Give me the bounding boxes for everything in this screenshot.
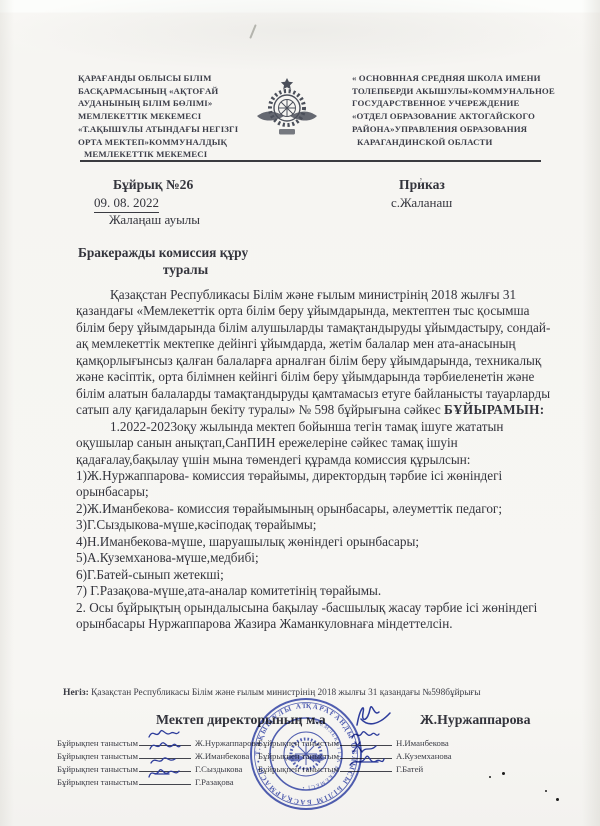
acknowledgement-left-column: Бұйрықпен таныстымЖ.Нуржаппарова Бұйрықп… [57, 736, 259, 788]
order-number-kk: Бұйрық №26 [113, 177, 193, 193]
commission-member: 4)Н.Иманбекова-мүше, шаруашылық жөніндег… [76, 534, 552, 550]
ink-speck [489, 776, 491, 778]
commission-member: 2)Ж.Иманбекова- комиссия төрайымының оры… [76, 501, 552, 517]
point-1: 1.2022-2023оқу жылында мектеп бойынша те… [76, 419, 552, 468]
basis-label: Негіз: [63, 687, 89, 698]
point-2: 2. Осы бұйрықтың орындалысына бақылау -б… [76, 600, 552, 633]
org-name-kazakh: ҚАРАҒАНДЫ ОБЛЫСЫ БІЛІМ БАСҚАРМАСЫНЫҢ «АҚ… [78, 72, 250, 161]
commission-member: 7) Г.Разақова-мүше,ата-аналар комитетіні… [76, 583, 552, 599]
order-place-kk: Жалаңаш ауылы [109, 212, 200, 228]
handwritten-signature-icon [147, 727, 181, 741]
director-name: Ж.Нуржаппарова [420, 712, 531, 728]
preamble-paragraph: Қазақстан Республикасы Білім және ғылым … [76, 287, 552, 419]
scanned-order-document: ҚАРАҒАНДЫ ОБЛЫСЫ БІЛІМ БАСҚАРМАСЫНЫҢ «АҚ… [0, 0, 600, 826]
resolve-word: БҰЙЫРАМЫН: [444, 402, 544, 417]
ink-speck [545, 790, 547, 792]
commission-member: 3)Г.Сыздыкова-мүше,кәсіподақ төрайымы; [76, 517, 552, 533]
handwritten-signature-icon [147, 740, 181, 754]
commission-member: 6)Г.Батей-сынып жетекші; [76, 567, 552, 583]
handwritten-signature-icon [147, 753, 181, 767]
handwritten-signature-icon [147, 766, 181, 780]
order-subject: Бракеражды комиссия құру туралы [78, 244, 328, 278]
commission-member: 5)А.Куземханова-мүше,медбибі; [76, 550, 552, 566]
stray-mark: ’ [419, 176, 423, 188]
order-date: 09. 08. 2022 [94, 195, 159, 213]
order-place-ru: с.Жаланаш [391, 195, 452, 211]
ink-speck [502, 772, 505, 775]
pencil-mark [249, 24, 256, 39]
order-body: Қазақстан Республикасы Білім және ғылым … [76, 287, 552, 633]
ack-row: Бұйрықпен таныстымГ.Разақова [57, 775, 259, 788]
official-round-stamp: ҚАРАҒАНДЫ ОБЛЫСЫ БІЛІМ БАСҚАРМАСЫ • Т.АҚ… [248, 696, 364, 817]
header-divider [80, 160, 541, 162]
commission-member: 1)Ж.Нуржаппарова- комиссия төрайымы, дир… [76, 468, 552, 501]
kazakhstan-emblem-icon [255, 74, 319, 145]
ink-speck [556, 798, 559, 801]
signature-line [139, 775, 191, 785]
org-name-russian: « ОСНОВННАЯ СРЕДНЯЯ ШКОЛА ИМЕНИ ТОЛЕПБЕР… [352, 72, 564, 148]
